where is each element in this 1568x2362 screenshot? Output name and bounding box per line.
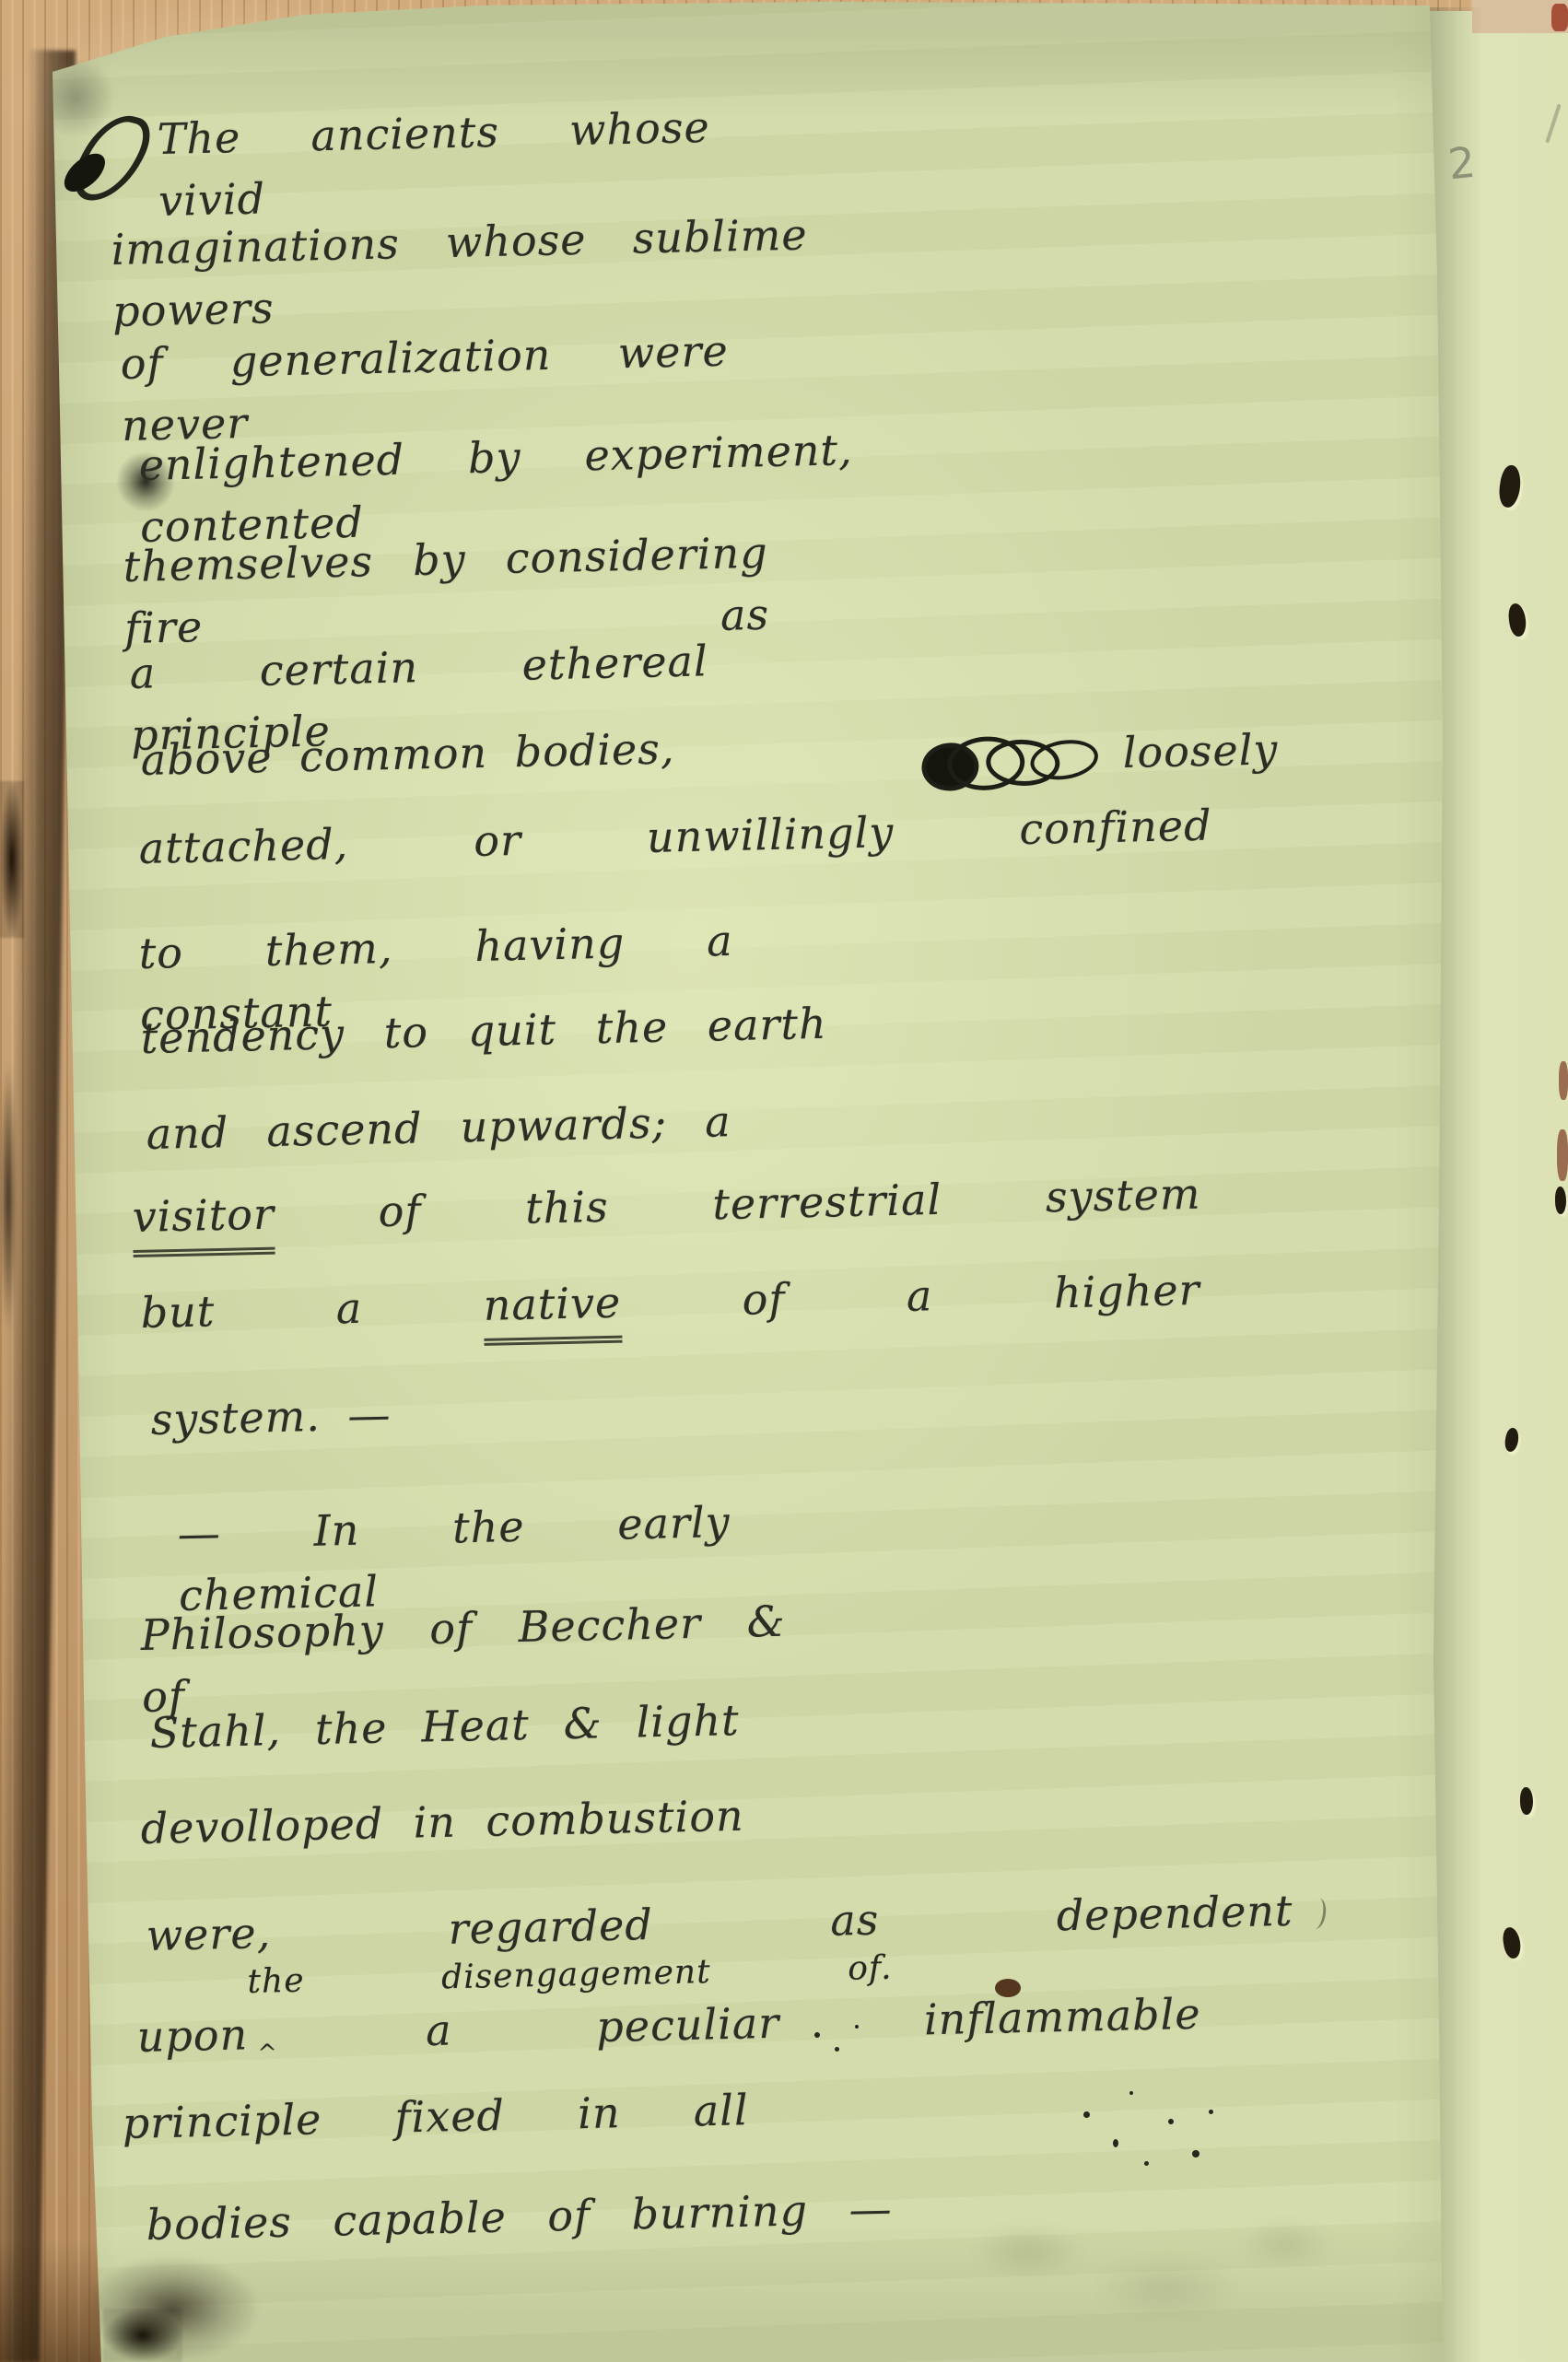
ink-spatter — [855, 2025, 859, 2029]
bottom-left-stain-core — [103, 2309, 182, 2362]
insertion-caret: ^ — [257, 2039, 278, 2065]
manuscript-line: devolloped in combustion — [140, 1785, 744, 1860]
stitch-hole — [1555, 1187, 1566, 1214]
ink-spatter — [1209, 2110, 1213, 2114]
ink-spatter — [1113, 2139, 1118, 2147]
edge-dark-blob — [0, 1059, 17, 1336]
underlined-word: visitor — [132, 1189, 275, 1257]
edge-dark-blob — [0, 781, 24, 938]
ink-spatter — [814, 2032, 820, 2038]
ink-blot-brown — [995, 1979, 1021, 1997]
manuscript-line-continued: loosely — [1122, 719, 1279, 783]
line-text: upon — [136, 2009, 249, 2062]
ink-spatter — [1144, 2161, 1149, 2166]
stitch-hole — [1520, 1787, 1533, 1815]
ink-spatter — [1192, 2150, 1199, 2157]
rust-speck — [1557, 1129, 1568, 1181]
page-number: 2 — [1445, 137, 1478, 190]
manuscript-line: and ascend upwards; a — [146, 1091, 731, 1165]
manuscript-photo: 2 The ancients whose vivid imaginations … — [0, 0, 1568, 2362]
line-text: a peculiar inflammable — [426, 1989, 1202, 2055]
ink-spatter — [1083, 2111, 1090, 2118]
underlined-word: native — [483, 1278, 622, 1346]
rust-speck — [1559, 1061, 1568, 1100]
ink-spatter — [1129, 2091, 1133, 2095]
show-through-smudge — [949, 2192, 1345, 2340]
line-text: of this terrestrial system — [378, 1169, 1201, 1236]
leather-binding-sliver — [1551, 4, 1568, 31]
manuscript-line: above common bodies, — [140, 718, 675, 790]
ink-spatter — [1168, 2119, 1174, 2124]
manuscript-line: system. — — [150, 1384, 392, 1450]
manuscript-line: Stahl, the Heat & light — [149, 1690, 740, 1764]
line-text: but a — [140, 1283, 363, 1338]
line-text: of a higher — [742, 1265, 1200, 1325]
ink-spatter — [835, 2047, 839, 2052]
